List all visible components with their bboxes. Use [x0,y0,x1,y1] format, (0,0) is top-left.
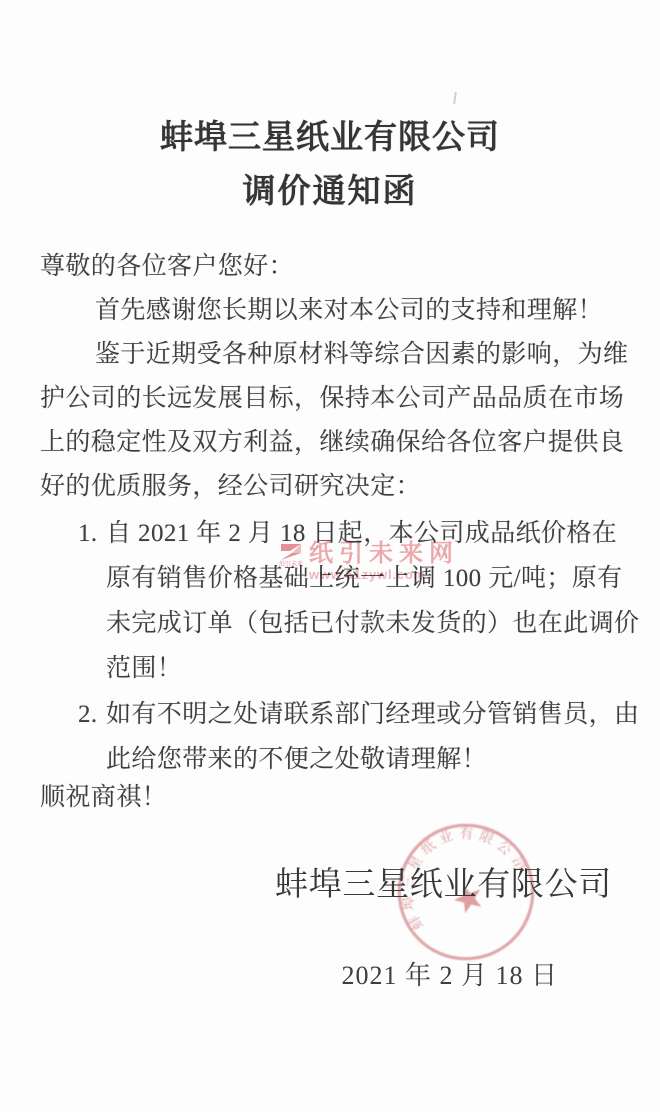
item-text: 自 2021 年 2 月 18 日起，本公司成品纸价格在 原有销售价格基础上统一… [106,511,639,691]
company-title: 蚌埠三星纸业有限公司 [0,0,660,159]
salutation-text: 尊敬的各位客户您好： [40,245,646,289]
letter-body: 尊敬的各位客户您好： 首先感谢您长期以来对本公司的支持和理解！ 鉴于近期受各种原… [0,245,660,820]
scanned-notice-document: 蚌埠三星纸业有限公司 调价通知函 尊敬的各位客户您好： 首先感谢您长期以来对本公… [0,0,660,1112]
item-number: 1. [78,511,98,556]
notice-title: 调价通知函 [0,172,660,212]
paragraph-thanks: 首先感谢您长期以来对本公司的支持和理解！ [40,289,646,333]
signature-company: 蚌埠三星纸业有限公司 [0,863,660,907]
closing-text: 顺祝商祺！ [40,776,646,820]
list-item-contact: 2. 如有不明之处请联系部门经理或分管销售员，由 此给您带来的不便之处敬请理解！ [40,692,646,782]
item-number: 2. [78,692,98,737]
paragraph-reason: 鉴于近期受各种原材料等综合因素的影响，为维 护公司的长远发展目标，保持本公司产品… [40,333,646,509]
signature-date: 2021 年 2 月 18 日 [0,954,660,998]
notice-list: 1. 自 2021 年 2 月 18 日起，本公司成品纸价格在 原有销售价格基础… [40,511,646,782]
list-item-price-increase: 1. 自 2021 年 2 月 18 日起，本公司成品纸价格在 原有销售价格基础… [40,511,646,691]
item-text: 如有不明之处请联系部门经理或分管销售员，由 此给您带来的不便之处敬请理解！ [106,692,639,782]
